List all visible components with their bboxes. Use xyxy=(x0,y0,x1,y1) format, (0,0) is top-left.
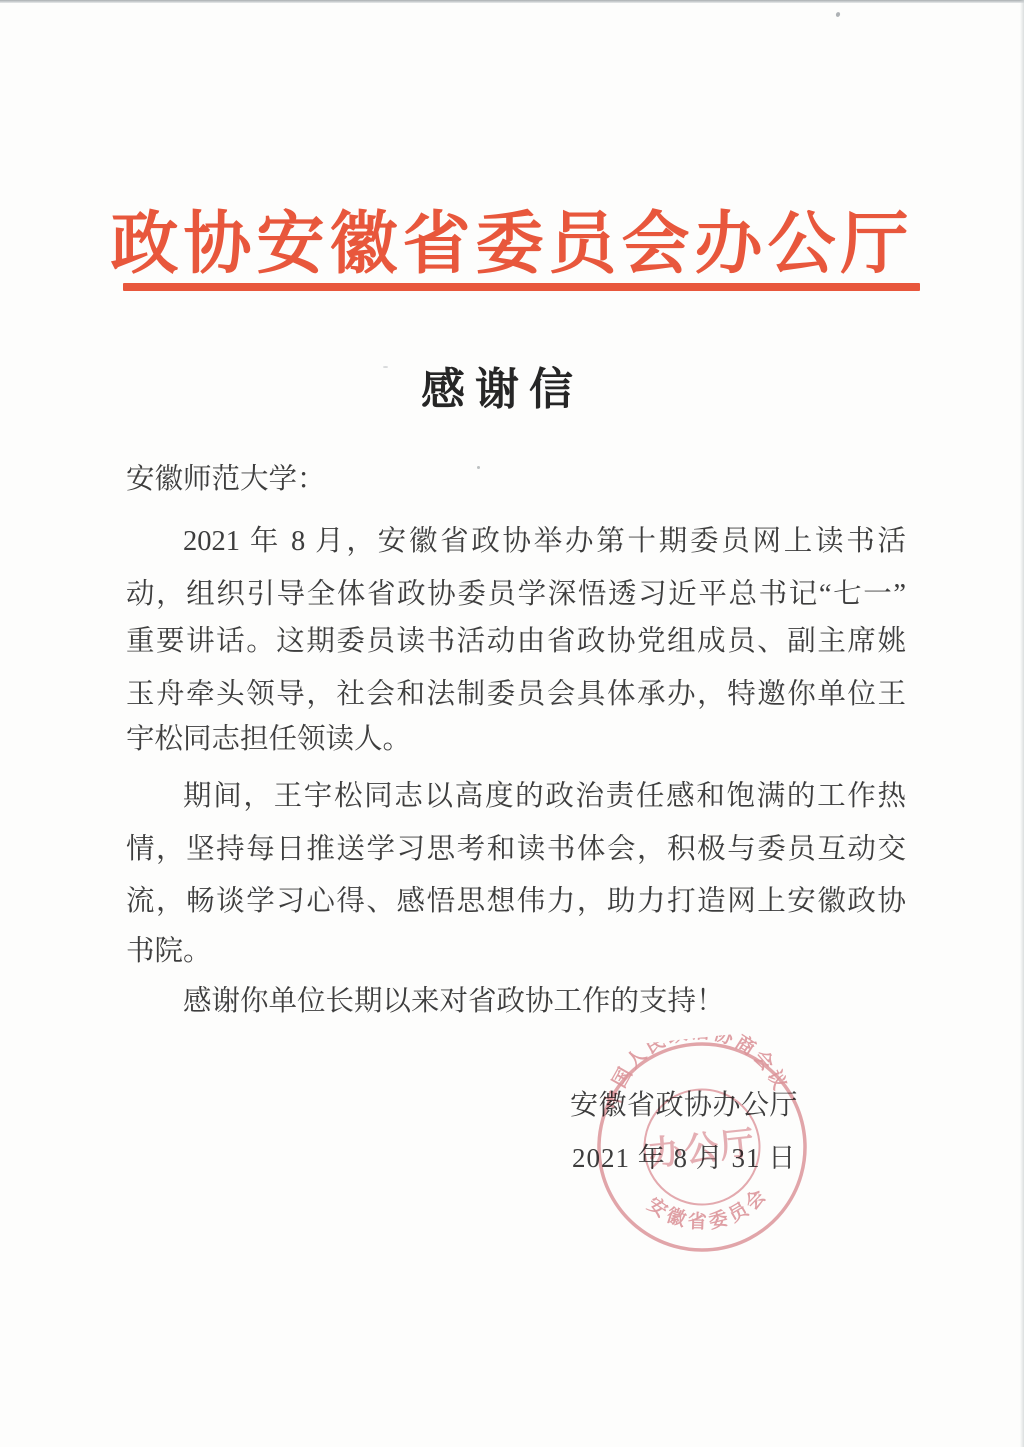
body-line: 书院。 xyxy=(126,934,906,970)
body-line: 流，畅谈学习心得、感悟思想伟力，助力打造网上安徽政协 xyxy=(126,884,906,920)
letterhead-title: 政协安徽省委员会办公厅 xyxy=(0,190,1024,287)
body-line: 重要讲话。这期委员读书活动由省政协党组成员、副主席姚 xyxy=(126,624,906,660)
letter-title: 感谢信 xyxy=(0,353,1004,417)
scan-speck xyxy=(835,11,841,17)
body-line: 宇松同志担任领读人。 xyxy=(126,722,906,758)
seal-center-text: 办公厅 xyxy=(647,1124,758,1173)
seal-ring-text-top: 中国人民政治协商会议 xyxy=(592,1027,793,1114)
scan-top-edge-artifact xyxy=(0,0,1024,3)
svg-text:中国人民政治协商会议: 中国人民政治协商会议 xyxy=(592,1027,793,1114)
salutation: 安徽师范大学： xyxy=(126,462,906,498)
letterhead-divider-rule xyxy=(123,283,920,291)
body-line: 期间，王宇松同志以高度的政治责任感和饱满的工作热 xyxy=(126,779,906,815)
letter-page: 政协安徽省委员会办公厅 感谢信 安徽师范大学： 2021 年 8 月，安徽省政协… xyxy=(0,0,1024,1447)
official-seal: 中国人民政治协商会议 安徽省委员会 办公厅 xyxy=(582,1027,822,1267)
body-line: 情，坚持每日推送学习思考和读书体会，积极与委员互动交 xyxy=(126,832,906,868)
body-line: 感谢你单位长期以来对省政协工作的支持！ xyxy=(126,984,906,1020)
body-line: 玉舟牵头领导，社会和法制委员会具体承办，特邀你单位王 xyxy=(126,677,906,713)
body-line: 2021 年 8 月，安徽省政协举办第十期委员网上读书活 xyxy=(126,524,906,560)
body-line: 动，组织引导全体省政协委员学深悟透习近平总书记“七一” xyxy=(126,577,906,613)
